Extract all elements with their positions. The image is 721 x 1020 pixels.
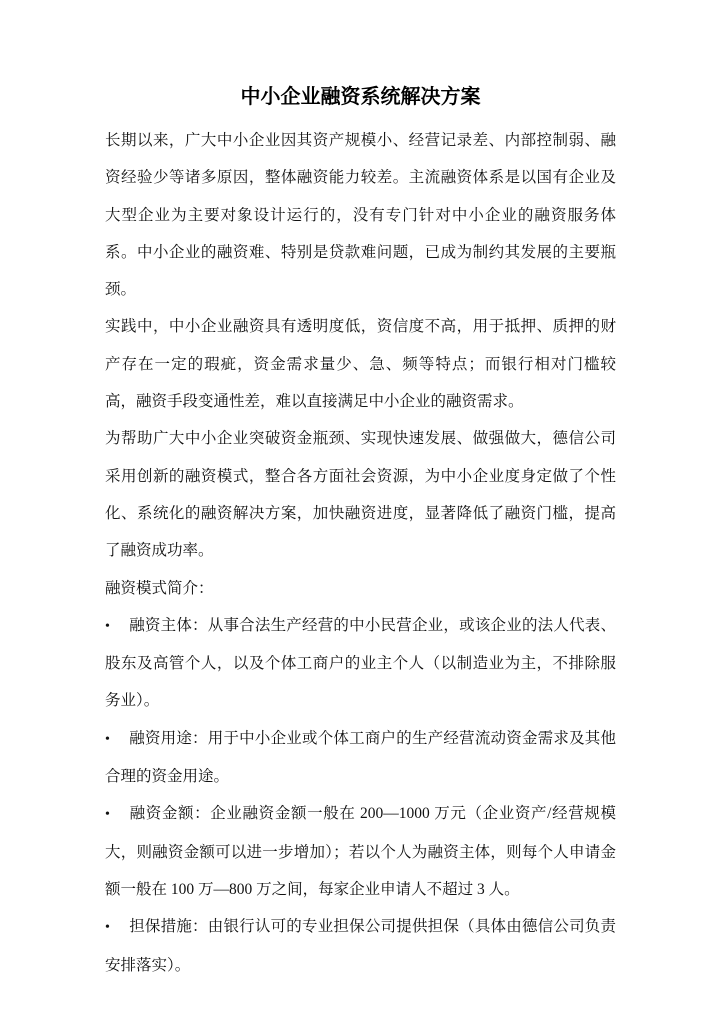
bullet-item: •融资用途：用于中小企业或个体工商户的生产经营流动资金需求及其他合理的资金用途。 [105,720,616,796]
bullet-item: •融资主体：从事合法生产经营的中小民营企业，或该企业的法人代表、股东及高管个人，… [105,607,616,720]
bullet-icon: • [105,721,129,758]
paragraph: 长期以来，广大中小企业因其资产规模小、经营记录差、内部控制弱、融资经验少等诸多原… [105,122,616,308]
document-body: 长期以来，广大中小企业因其资产规模小、经营记录差、内部控制弱、融资经验少等诸多原… [105,122,616,984]
document-title: 中小企业融资系统解决方案 [105,84,616,110]
section-heading: 融资模式简介： [105,570,616,607]
bullet-text: 融资主体：从事合法生产经营的中小民营企业，或该企业的法人代表、股东及高管个人，以… [105,617,616,710]
bullet-text: 担保措施：由银行认可的专业担保公司提供担保（具体由德信公司负责安排落实）。 [105,918,616,973]
bullet-text: 融资金额：企业融资金额一般在 200—1000 万元（企业资产/经营规模大，则融… [105,805,616,898]
document-page: 中小企业融资系统解决方案 长期以来，广大中小企业因其资产规模小、经营记录差、内部… [0,0,721,1020]
paragraph: 为帮助广大中小企业突破资金瓶颈、实现快速发展、做强做大，德信公司采用创新的融资模… [105,420,616,569]
bullet-icon: • [105,796,129,833]
bullet-icon: • [105,909,129,946]
bullet-item: •融资金额：企业融资金额一般在 200—1000 万元（企业资产/经营规模大，则… [105,795,616,908]
bullet-icon: • [105,608,129,645]
document-content: 中小企业融资系统解决方案 长期以来，广大中小企业因其资产规模小、经营记录差、内部… [0,0,721,984]
bullet-item: •担保措施：由银行认可的专业担保公司提供担保（具体由德信公司负责安排落实）。 [105,908,616,984]
bullet-text: 融资用途：用于中小企业或个体工商户的生产经营流动资金需求及其他合理的资金用途。 [105,730,616,785]
paragraph: 实践中，中小企业融资具有透明度低，资信度不高，用于抵押、质押的财产存在一定的瑕疵… [105,308,616,420]
